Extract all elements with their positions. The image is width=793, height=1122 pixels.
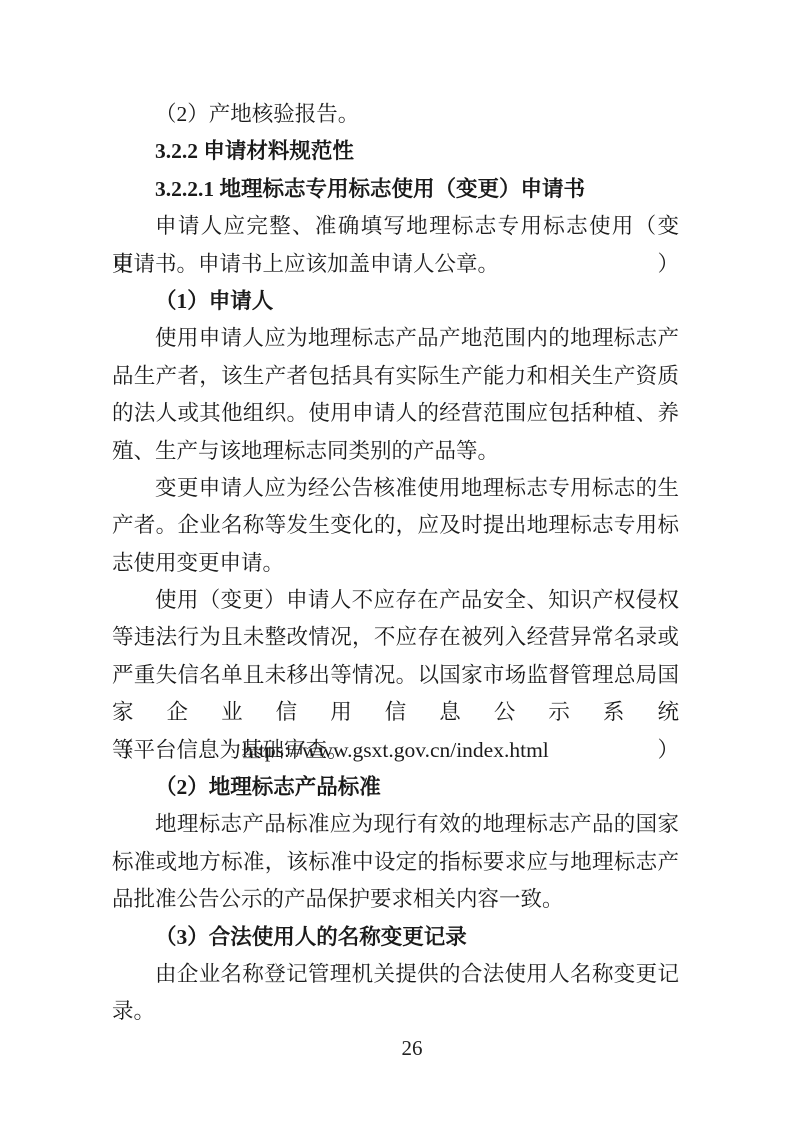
text-line: 3.2.2.1 地理标志专用标志使用（变更）申请书 — [112, 171, 679, 208]
text-line: 志使用变更申请。 — [112, 545, 679, 582]
text-line: 使用（变更）申请人不应存在产品安全、知识产权侵权 — [112, 582, 679, 619]
text-line: 标准或地方标准，该标准中设定的指标要求应与地理标志产 — [112, 844, 679, 881]
text-line: 殖、生产与该地理标志同类别的产品等。 — [112, 433, 679, 470]
heading: （2）地理标志产品标准 — [112, 769, 679, 806]
text-line: 严重失信名单且未移出等情况。以国家市场监督管理总局国 — [112, 657, 679, 694]
heading: 3.2.2 申请材料规范性 — [112, 133, 679, 170]
text-line: 地理标志产品标准应为现行有效的地理标志产品的国家 — [112, 806, 679, 843]
paragraph: 使用（变更）申请人不应存在产品安全、知识产权侵权等违法行为且未整改情况，不应存在… — [112, 582, 679, 769]
text-line: 品批准公告公示的产品保护要求相关内容一致。 — [112, 881, 679, 918]
paragraph: （2）产地核验报告。 — [112, 96, 679, 133]
text-line: （3）合法使用人的名称变更记录 — [112, 919, 679, 956]
text-line: 录。 — [112, 993, 679, 1030]
text-line: 等违法行为且未整改情况，不应存在被列入经营异常名录或 — [112, 619, 679, 656]
text-line: 使用申请人应为地理标志产品产地范围内的地理标志产 — [112, 320, 679, 357]
paragraph: 由企业名称登记管理机关提供的合法使用人名称变更记录。 — [112, 956, 679, 1031]
paragraph: 地理标志产品标准应为现行有效的地理标志产品的国家标准或地方标准，该标准中设定的指… — [112, 806, 679, 918]
text-line: 产者。企业名称等发生变化的，应及时提出地理标志专用标 — [112, 507, 679, 544]
heading: （3）合法使用人的名称变更记录 — [112, 919, 679, 956]
heading: （1）申请人 — [112, 283, 679, 320]
text-line: （1）申请人 — [112, 283, 679, 320]
text-line: 的法人或其他组织。使用申请人的经营范围应包括种植、养 — [112, 395, 679, 432]
text-line: （2）产地核验报告。 — [112, 96, 679, 133]
text-line: 变更申请人应为经公告核准使用地理标志专用标志的生 — [112, 470, 679, 507]
text-line: （2）地理标志产品标准 — [112, 769, 679, 806]
text-line: 家企业信用信息公示系统（https://www.gsxt.gov.cn/inde… — [112, 694, 679, 731]
paragraph: 使用申请人应为地理标志产品产地范围内的地理标志产品生产者，该生产者包括具有实际生… — [112, 320, 679, 470]
text-line: 申请人应完整、准确填写地理标志专用标志使用（变更） — [112, 208, 679, 245]
heading: 3.2.2.1 地理标志专用标志使用（变更）申请书 — [112, 171, 679, 208]
document-body: （2）产地核验报告。3.2.2 申请材料规范性3.2.2.1 地理标志专用标志使… — [112, 96, 679, 1031]
text-line: 由企业名称登记管理机关提供的合法使用人名称变更记 — [112, 956, 679, 993]
document-page: （2）产地核验报告。3.2.2 申请材料规范性3.2.2.1 地理标志专用标志使… — [0, 0, 793, 1122]
text-line: 品生产者，该生产者包括具有实际生产能力和相关生产资质 — [112, 358, 679, 395]
text-line: 3.2.2 申请材料规范性 — [112, 133, 679, 170]
paragraph: 申请人应完整、准确填写地理标志专用标志使用（变更）申请书。申请书上应该加盖申请人… — [112, 208, 679, 283]
page-number: 26 — [352, 1036, 472, 1061]
paragraph: 变更申请人应为经公告核准使用地理标志专用标志的生产者。企业名称等发生变化的，应及… — [112, 470, 679, 582]
